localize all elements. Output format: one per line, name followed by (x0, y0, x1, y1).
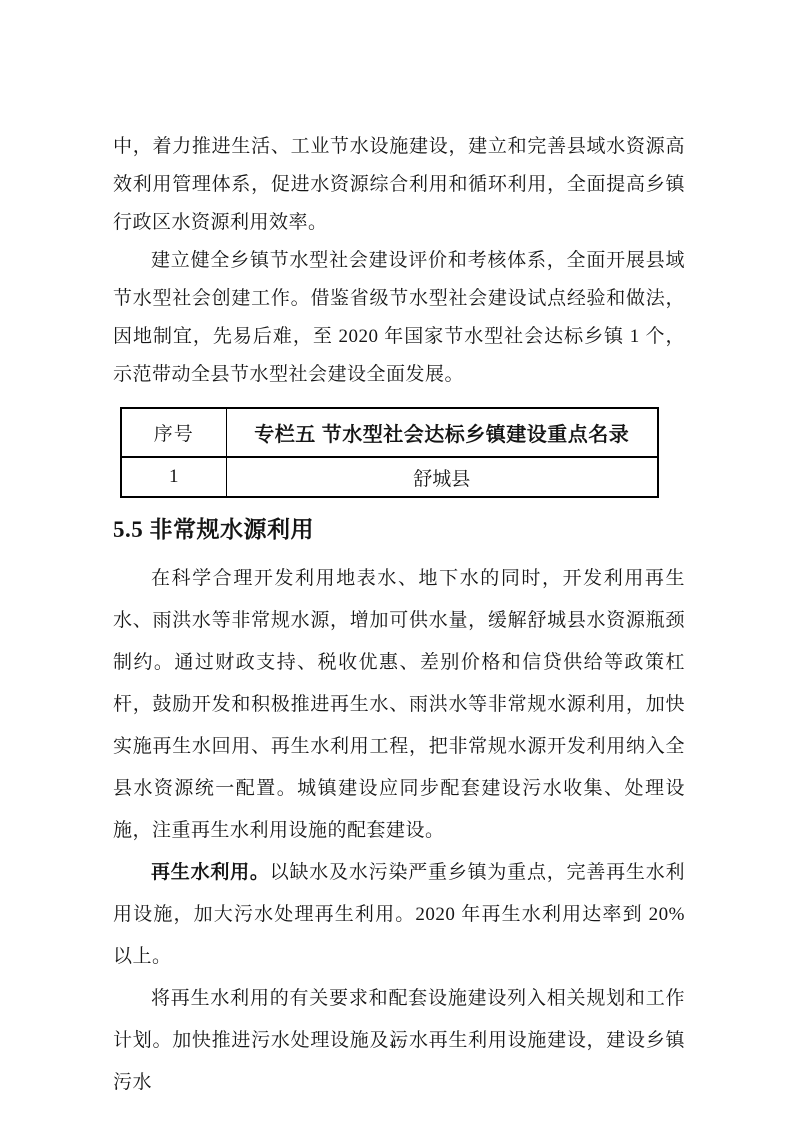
table-header-index: 序号 (121, 408, 226, 457)
paragraph-unconventional-sources: 在科学合理开发利用地表水、地下水的同时，开发利用再生水、雨洪水等非常规水源，增加… (113, 558, 685, 852)
paragraph-reclaimed-water: 再生水利用。以缺水及水污染严重乡镇为重点，完善再生水利用设施，加大污水处理再生利… (113, 852, 685, 978)
column-five-table: 序号 专栏五 节水型社会达标乡镇建设重点名录 1 舒城县 (120, 407, 659, 498)
table-header-title: 专栏五 节水型社会达标乡镇建设重点名录 (226, 408, 658, 457)
paragraph-water-saving-society: 建立健全乡镇节水型社会建设评价和考核体系，全面开展县域节水型社会创建工作。借鉴省… (113, 242, 685, 394)
paragraph-water-saving-facilities: 中，着力推进生活、工业节水设施建设，建立和完善县域水资源高效利用管理体系，促进水… (113, 128, 685, 242)
document-page: 中，着力推进生活、工业节水设施建设，建立和完善县域水资源高效利用管理体系，促进水… (0, 0, 793, 1122)
table-cell-index: 1 (121, 457, 226, 497)
page-number: 47 (0, 1036, 793, 1052)
table-row: 1 舒城县 (121, 457, 658, 497)
table-header-row: 序号 专栏五 节水型社会达标乡镇建设重点名录 (121, 408, 658, 457)
paragraph-lead-bold: 再生水利用。 (151, 862, 270, 883)
table-cell-county: 舒城县 (226, 457, 658, 497)
section-heading: 5.5 非常规水源利用 (113, 498, 685, 542)
document-body: 中，着力推进生活、工业节水设施建设，建立和完善县域水资源高效利用管理体系，促进水… (113, 128, 685, 1104)
